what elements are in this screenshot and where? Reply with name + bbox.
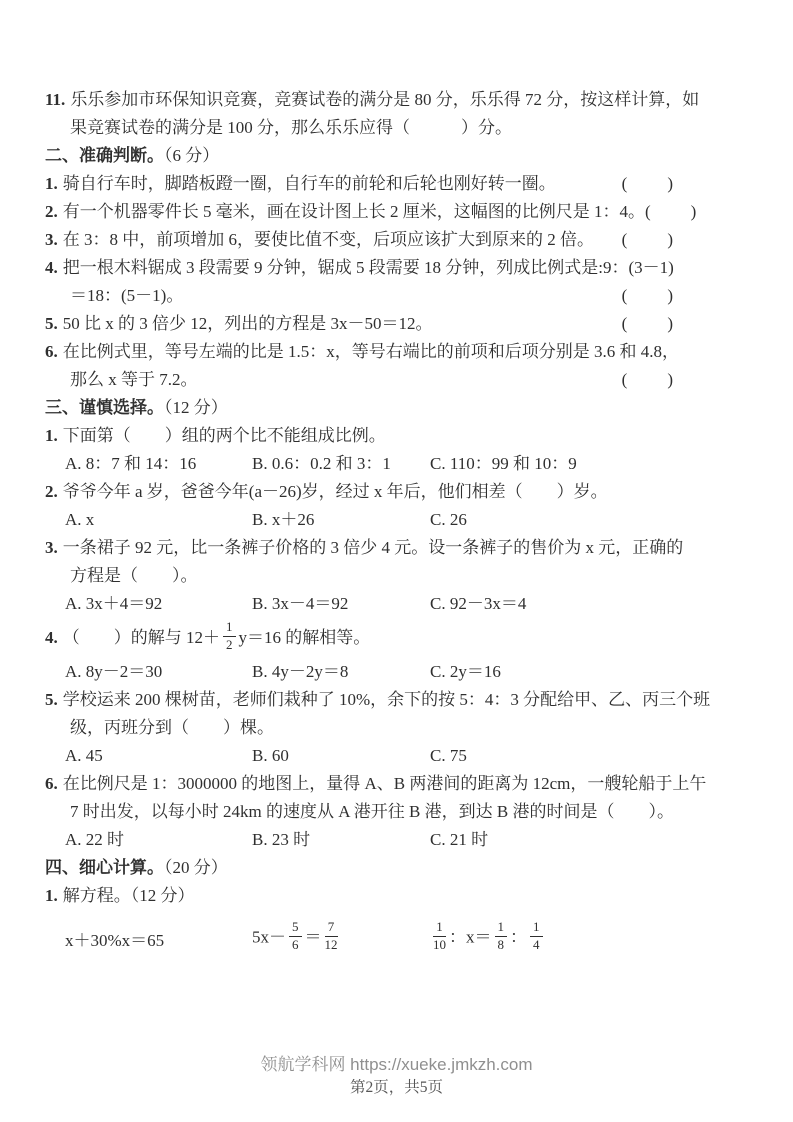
option-a: A. 3x＋4＝92 xyxy=(65,590,252,618)
fraction: 110 xyxy=(433,920,446,953)
choice-item-3-options: A. 3x＋4＝92 B. 3x－4＝92 C. 92－3x＝4 xyxy=(45,590,693,618)
choice-item-4-options: A. 8y－2＝30 B. 4y－2y＝8 C. 2y＝16 xyxy=(45,658,693,686)
fraction: 12 xyxy=(223,620,236,653)
fraction: 18 xyxy=(495,920,508,953)
equation-3: 110：x＝18：14 xyxy=(430,922,546,955)
fraction-denominator: 8 xyxy=(495,937,508,953)
section-2-header: 二、准确判断。（6 分） xyxy=(45,142,693,170)
fraction-denominator: 6 xyxy=(289,937,302,953)
choice-item-6-options: A. 22 时 B. 23 时 C. 21 时 xyxy=(45,826,693,854)
choice-item-5-stem-line-2: 级，丙班分到（ ）棵。 xyxy=(45,714,693,742)
question-number: 3. xyxy=(45,230,58,249)
option-c: C. 92－3x＝4 xyxy=(430,590,693,618)
choice-item-5-options: A. 45 B. 60 C. 75 xyxy=(45,742,693,770)
solve-equations-label: 1.解方程。（12 分） xyxy=(45,882,693,910)
question-number: 4. xyxy=(45,258,58,277)
judge-item-3: 3.在 3：8 中，前项增加 6，要使比值不变，后项应该扩大到原来的 2 倍。 … xyxy=(45,226,693,254)
question-number: 6. xyxy=(45,342,58,361)
question-text: ＝18：(5－1)。 xyxy=(70,282,183,310)
fraction-denominator: 12 xyxy=(325,937,338,953)
option-a: A. 8：7 和 14：16 xyxy=(65,450,252,478)
answer-bracket: ( ) xyxy=(622,366,693,394)
judge-item-1: 1.骑自行车时，脚踏板蹬一圈，自行车的前轮和后轮也刚好转一圈。 ( ) xyxy=(45,170,693,198)
section-title: 二、准确判断。 xyxy=(45,146,164,165)
judge-item-4-line-2: ＝18：(5－1)。 ( ) xyxy=(45,282,693,310)
choice-item-4-stem: 4.（ ）的解与 12＋12y＝16 的解相等。 xyxy=(45,618,693,658)
section-score: （20 分） xyxy=(164,858,228,877)
section-score: （12 分） xyxy=(164,398,228,417)
judge-item-2: 2.有一个机器零件长 5 毫米，画在设计图上长 2 厘米，这幅图的比例尺是 1：… xyxy=(45,198,693,226)
option-a: A. x xyxy=(65,506,252,534)
question-number: 11. xyxy=(45,90,65,109)
choice-item-3-stem-line-1: 3.一条裙子 92 元，比一条裤子价格的 3 倍少 4 元。设一条裤子的售价为 … xyxy=(45,534,693,562)
exam-page: 11.乐乐参加市环保知识竞赛，竞赛试卷的满分是 80 分，乐乐得 72 分，按这… xyxy=(0,0,793,1122)
equation-1: x＋30%x＝65 xyxy=(65,926,252,951)
equation-text: ＝ xyxy=(305,927,322,946)
question-11-line-1: 11.乐乐参加市环保知识竞赛，竞赛试卷的满分是 80 分，乐乐得 72 分，按这… xyxy=(45,86,693,114)
sub-score: （12 分） xyxy=(131,886,195,905)
question-text: 50 比 x 的 3 倍少 12，列出的方程是 3x－50＝12。 xyxy=(63,314,433,333)
section-title: 三、谨慎选择。 xyxy=(45,398,164,417)
section-score: （6 分） xyxy=(164,146,219,165)
fraction: 14 xyxy=(530,920,543,953)
option-c: C. 75 xyxy=(430,742,693,770)
page-content: 11.乐乐参加市环保知识竞赛，竞赛试卷的满分是 80 分，乐乐得 72 分，按这… xyxy=(45,86,693,964)
section-4-header: 四、细心计算。（20 分） xyxy=(45,854,693,882)
question-text: 果竞赛试卷的满分是 100 分，那么乐乐应得（ ）分。 xyxy=(70,118,512,137)
question-number: 2. xyxy=(45,482,58,501)
question-number: 2. xyxy=(45,202,58,221)
option-b: B. 3x－4＝92 xyxy=(252,590,430,618)
option-a: A. 22 时 xyxy=(65,826,252,854)
fraction-numerator: 5 xyxy=(289,920,302,937)
question-text: 级，丙班分到（ ）棵。 xyxy=(70,718,274,737)
question-text: 下面第（ ）组的两个比不能组成比例。 xyxy=(63,426,386,445)
question-number: 3. xyxy=(45,538,58,557)
choice-item-6-stem-line-1: 6.在比例尺是 1：3000000 的地图上，量得 A、B 两港间的距离为 12… xyxy=(45,770,693,798)
question-number: 1. xyxy=(45,886,58,905)
choice-item-6-stem-line-2: 7 时出发，以每小时 24km 的速度从 A 港开往 B 港，到达 B 港的时间… xyxy=(45,798,693,826)
question-text: 方程是（ ）。 xyxy=(70,566,198,585)
question-number: 1. xyxy=(45,426,58,445)
equation-2: 5x－56＝712 xyxy=(252,922,430,955)
question-text: 7 时出发，以每小时 24km 的速度从 A 港开往 B 港，到达 B 港的时间… xyxy=(70,802,674,821)
question-text: 一条裙子 92 元，比一条裤子价格的 3 倍少 4 元。设一条裤子的售价为 x … xyxy=(63,538,684,557)
option-b: B. 23 时 xyxy=(252,826,430,854)
fraction-denominator: 2 xyxy=(223,637,236,653)
footer-page-indicator: 第2页，共5页 xyxy=(0,1077,793,1099)
answer-bracket: ( ) xyxy=(645,198,716,226)
judge-item-5: 5.50 比 x 的 3 倍少 12，列出的方程是 3x－50＝12。 ( ) xyxy=(45,310,693,338)
choice-item-3-stem-line-2: 方程是（ ）。 xyxy=(45,562,693,590)
page-footer: 领航学科网 https://xueke.jmkzh.com 第2页，共5页 xyxy=(0,1052,793,1099)
judge-item-6-line-1: 6.在比例式里，等号左端的比是 1.5：x，等号右端比的前项和后项分别是 3.6… xyxy=(45,338,693,366)
question-text: 在 3：8 中，前项增加 6，要使比值不变，后项应该扩大到原来的 2 倍。 xyxy=(63,230,594,249)
section-title: 四、细心计算。 xyxy=(45,858,164,877)
equation-text: ： xyxy=(510,927,527,946)
question-text: 有一个机器零件长 5 毫米，画在设计图上长 2 厘米，这幅图的比例尺是 1：4。 xyxy=(63,202,645,221)
choice-item-2-options: A. x B. x＋26 C. 26 xyxy=(45,506,693,534)
question-number: 4. xyxy=(45,624,58,652)
answer-bracket: ( ) xyxy=(622,226,693,254)
question-number: 1. xyxy=(45,174,58,193)
question-text: 在比例式里，等号左端的比是 1.5：x，等号右端比的前项和后项分别是 3.6 和… xyxy=(63,342,679,361)
option-a: A. 45 xyxy=(65,742,252,770)
option-b: B. 0.6：0.2 和 3：1 xyxy=(252,450,430,478)
option-b: B. 4y－2y＝8 xyxy=(252,658,430,686)
option-c: C. 2y＝16 xyxy=(430,658,693,686)
fraction-denominator: 10 xyxy=(433,937,446,953)
option-a: A. 8y－2＝30 xyxy=(65,658,252,686)
answer-bracket: ( ) xyxy=(622,170,693,198)
choice-item-1-stem: 1.下面第（ ）组的两个比不能组成比例。 xyxy=(45,422,693,450)
equations-row: x＋30%x＝65 5x－56＝712 110：x＝18：14 xyxy=(45,912,693,964)
question-text: 乐乐参加市环保知识竞赛，竞赛试卷的满分是 80 分，乐乐得 72 分，按这样计算… xyxy=(70,90,699,109)
question-text: （ ）的解与 12＋ xyxy=(63,624,220,652)
question-text: 学校运来 200 棵树苗，老师们栽种了 10%，余下的按 5：4：3 分配给甲、… xyxy=(63,690,710,709)
equation-text: ：x＝ xyxy=(449,927,492,946)
question-text: 把一根木料锯成 3 段需要 9 分钟，锯成 5 段需要 18 分钟，列成比例式是… xyxy=(63,258,674,277)
question-11-line-2: 果竞赛试卷的满分是 100 分，那么乐乐应得（ ）分。 xyxy=(45,114,693,142)
judge-item-6-line-2: 那么 x 等于 7.2。 ( ) xyxy=(45,366,693,394)
option-c: C. 110：99 和 10：9 xyxy=(430,450,693,478)
question-text: y＝16 的解相等。 xyxy=(239,624,371,652)
answer-bracket: ( ) xyxy=(622,310,693,338)
question-number: 6. xyxy=(45,774,58,793)
answer-bracket: ( ) xyxy=(622,282,693,310)
question-number: 5. xyxy=(45,690,58,709)
fraction: 712 xyxy=(325,920,338,953)
question-text: 那么 x 等于 7.2。 xyxy=(70,366,198,394)
question-text: 在比例尺是 1：3000000 的地图上，量得 A、B 两港间的距离为 12cm… xyxy=(63,774,707,793)
question-number: 5. xyxy=(45,314,58,333)
section-3-header: 三、谨慎选择。（12 分） xyxy=(45,394,693,422)
question-text: 解方程。 xyxy=(63,886,131,905)
fraction-numerator: 1 xyxy=(433,920,446,937)
fraction-numerator: 1 xyxy=(223,620,236,637)
footer-site-watermark: 领航学科网 https://xueke.jmkzh.com xyxy=(0,1052,793,1077)
judge-item-4-line-1: 4.把一根木料锯成 3 段需要 9 分钟，锯成 5 段需要 18 分钟，列成比例… xyxy=(45,254,693,282)
question-text: 骑自行车时，脚踏板蹬一圈，自行车的前轮和后轮也刚好转一圈。 xyxy=(63,174,556,193)
option-b: B. x＋26 xyxy=(252,506,430,534)
option-b: B. 60 xyxy=(252,742,430,770)
question-text: 爷爷今年 a 岁，爸爸今年(a－26)岁，经过 x 年后，他们相差（ ）岁。 xyxy=(63,482,608,501)
fraction: 56 xyxy=(289,920,302,953)
choice-item-5-stem-line-1: 5.学校运来 200 棵树苗，老师们栽种了 10%，余下的按 5：4：3 分配给… xyxy=(45,686,693,714)
fraction-numerator: 7 xyxy=(325,920,338,937)
option-c: C. 21 时 xyxy=(430,826,693,854)
equation-text: 5x－ xyxy=(252,927,286,946)
fraction-numerator: 1 xyxy=(530,920,543,937)
fraction-numerator: 1 xyxy=(495,920,508,937)
choice-item-2-stem: 2.爷爷今年 a 岁，爸爸今年(a－26)岁，经过 x 年后，他们相差（ ）岁。 xyxy=(45,478,693,506)
fraction-denominator: 4 xyxy=(530,937,543,953)
choice-item-1-options: A. 8：7 和 14：16 B. 0.6：0.2 和 3：1 C. 110：9… xyxy=(45,450,693,478)
option-c: C. 26 xyxy=(430,506,693,534)
